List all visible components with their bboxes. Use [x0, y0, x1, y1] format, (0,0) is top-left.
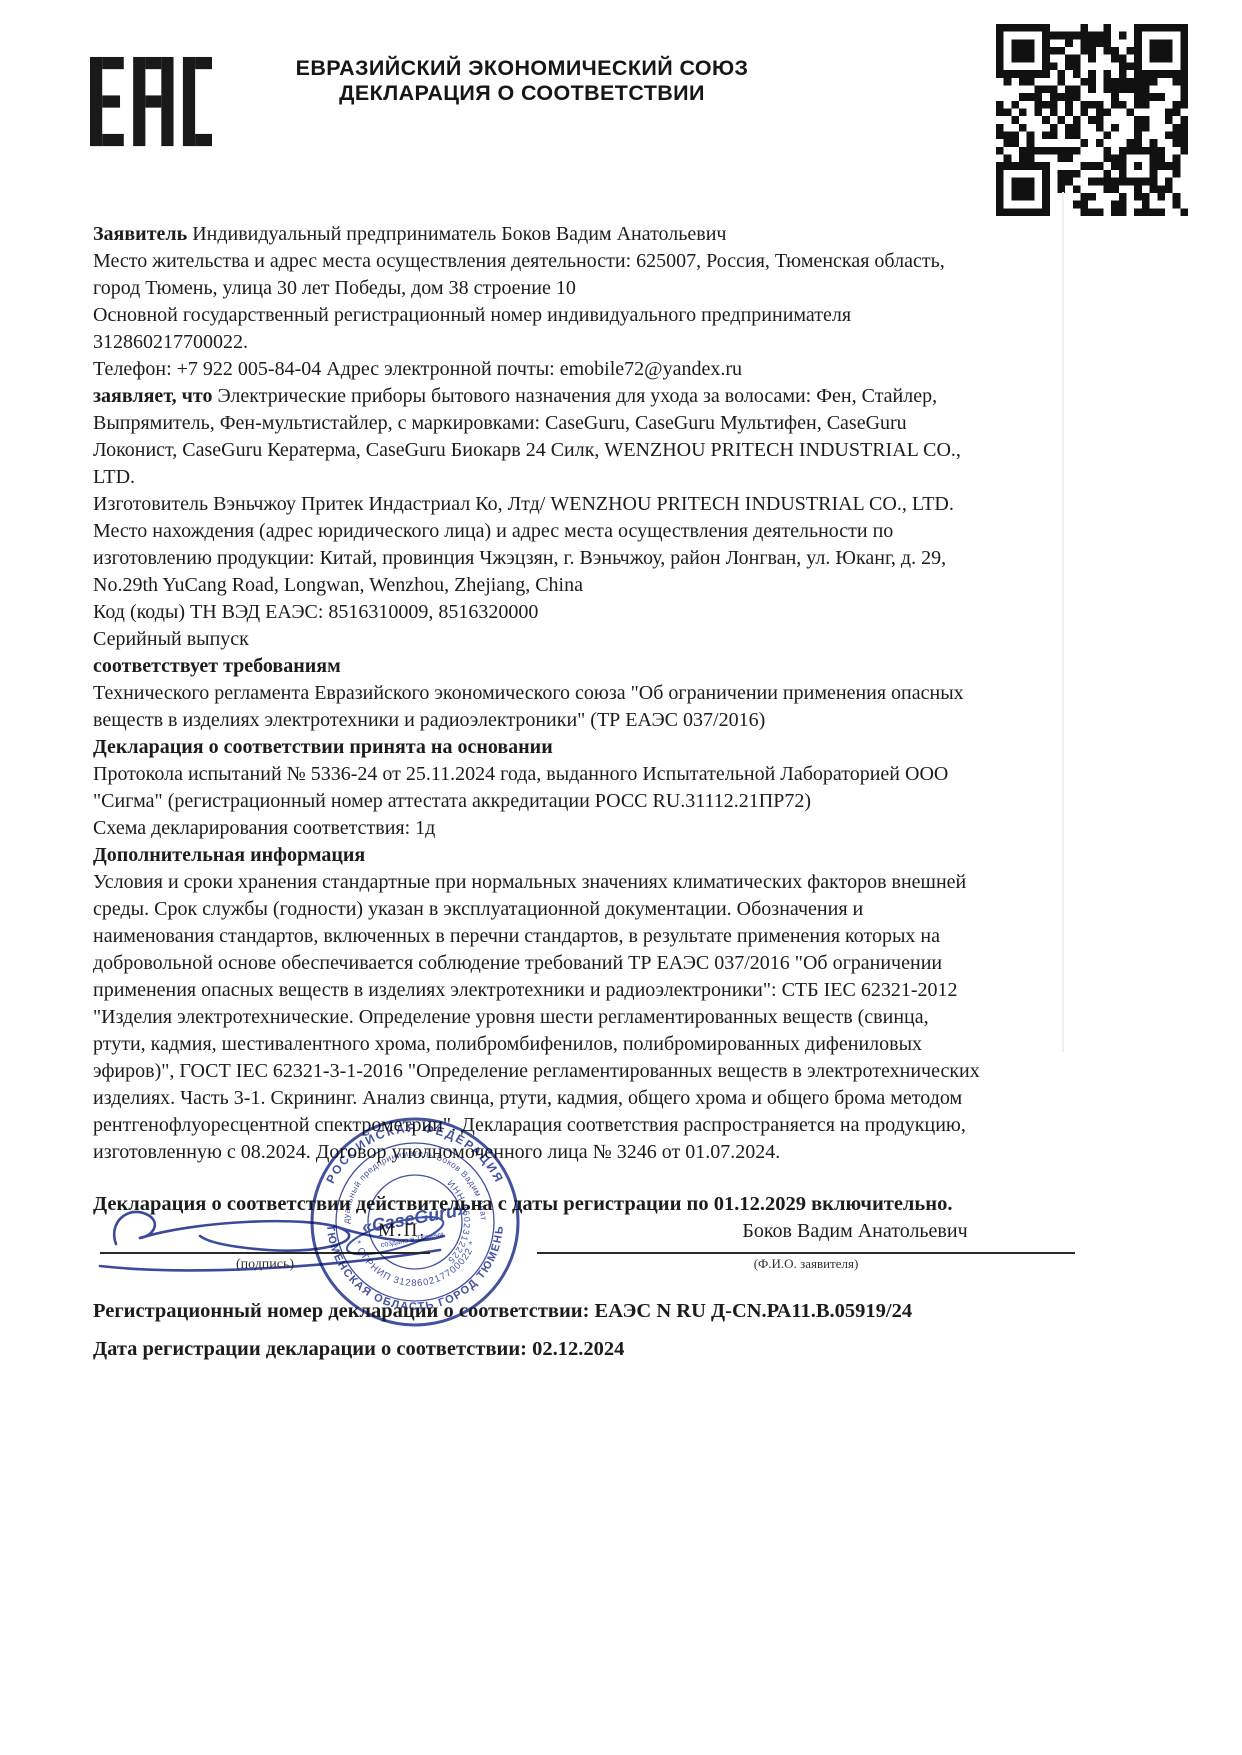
- text-line-segment: веществ в изделиях электротехники и ради…: [93, 709, 765, 731]
- text-line: Условия и сроки хранения стандартные при…: [93, 869, 1103, 896]
- text-line: среды. Срок службы (годности) указан в э…: [93, 896, 1103, 923]
- header-doc-title: ДЕКЛАРАЦИЯ О СООТВЕТСТВИИ: [250, 81, 794, 106]
- text-line-segment: город Тюмень, улица 30 лет Победы, дом 3…: [93, 277, 576, 299]
- text-line: Код (коды) ТН ВЭД ЕАЭС: 8516310009, 8516…: [93, 599, 1103, 626]
- text-line-segment: Схема декларирования соответствия: 1д: [93, 817, 435, 839]
- company-stamp: РОССИЙСКАЯ ФЕДЕРАЦИЯ ТЮМЕНСКАЯ ОБЛАСТЬ Г…: [305, 1112, 525, 1332]
- text-line-bold-segment: Заявитель: [93, 223, 187, 245]
- text-line: изготовленную с 08.2024. Договор уполном…: [93, 1139, 1103, 1166]
- text-line: добровольной основе обеспечивается соблю…: [93, 950, 1103, 977]
- text-line-segment: "Изделия электротехнические. Определение…: [93, 1006, 929, 1028]
- text-line-segment: Технического регламента Евразийского эко…: [93, 682, 964, 704]
- text-line: изделиях. Часть 3-1. Скрининг. Анализ св…: [93, 1085, 1103, 1112]
- text-line-segment: Серийный выпуск: [93, 628, 249, 650]
- applicant-name: Боков Вадим Анатольевич: [620, 1220, 1090, 1243]
- text-line-bold-segment: Декларация о соответствии принята на осн…: [93, 736, 553, 758]
- text-line-segment: LTD.: [93, 466, 135, 488]
- text-line: соответствует требованиям: [93, 653, 1103, 680]
- text-line: заявляет, что Электрические приборы быто…: [93, 383, 1103, 410]
- text-line-segment: Телефон: +7 922 005-84-04 Адрес электрон…: [93, 358, 742, 380]
- text-line: город Тюмень, улица 30 лет Победы, дом 3…: [93, 275, 1103, 302]
- text-line-segment: Электрические приборы бытового назначени…: [212, 385, 937, 407]
- text-line: Декларация о соответствии принята на осн…: [93, 734, 1103, 761]
- registration-number-line: Регистрационный номер декларации о соотв…: [93, 1300, 912, 1323]
- document-header: ЕВРАЗИЙСКИЙ ЭКОНОМИЧЕСКИЙ СОЮЗ ДЕКЛАРАЦИ…: [250, 56, 794, 106]
- text-line: Выпрямитель, Фен-мультистайлер, с маркир…: [93, 410, 1103, 437]
- text-line: Серийный выпуск: [93, 626, 1103, 653]
- text-line-segment: Индивидуальный предприниматель Боков Вад…: [187, 223, 726, 245]
- text-line: Локонист, CaseGuru Кератерма, CaseGuru Б…: [93, 437, 1103, 464]
- text-line-segment: ртути, кадмия, шестивалентного хрома, по…: [93, 1033, 922, 1055]
- text-line: 312860217700022.: [93, 329, 1103, 356]
- text-line-segment: No.29th YuCang Road, Longwan, Wenzhou, Z…: [93, 574, 583, 596]
- text-line: изготовлению продукции: Китай, провинция…: [93, 545, 1103, 572]
- text-line-segment: изделиях. Часть 3-1. Скрининг. Анализ св…: [93, 1087, 962, 1109]
- text-line: Дополнительная информация: [93, 842, 1103, 869]
- text-line-bold-segment: Дополнительная информация: [93, 844, 365, 866]
- header-union-title: ЕВРАЗИЙСКИЙ ЭКОНОМИЧЕСКИЙ СОЮЗ: [250, 56, 794, 81]
- text-line: ртути, кадмия, шестивалентного хрома, по…: [93, 1031, 1103, 1058]
- text-line-segment: изготовлению продукции: Китай, провинция…: [93, 547, 946, 569]
- text-line-segment: Место нахождения (адрес юридического лиц…: [93, 520, 893, 542]
- text-line: Технического регламента Евразийского эко…: [93, 680, 1103, 707]
- text-line-segment: Изготовитель Вэньчжоу Притек Индастриал …: [93, 493, 954, 515]
- text-line-segment: добровольной основе обеспечивается соблю…: [93, 952, 942, 974]
- text-line: Место нахождения (адрес юридического лиц…: [93, 518, 1103, 545]
- text-line: Изготовитель Вэньчжоу Притек Индастриал …: [93, 491, 1103, 518]
- text-line: Телефон: +7 922 005-84-04 Адрес электрон…: [93, 356, 1103, 383]
- text-line: "Сигма" (регистрационный номер аттестата…: [93, 788, 1103, 815]
- text-line: рентгенофлуоресцентной спектрометрии". Д…: [93, 1112, 1103, 1139]
- text-line: LTD.: [93, 464, 1103, 491]
- text-line-segment: Протокола испытаний № 5336-24 от 25.11.2…: [93, 763, 948, 785]
- text-line-segment: Код (коды) ТН ВЭД ЕАЭС: 8516310009, 8516…: [93, 601, 538, 623]
- qr-code: [996, 24, 1188, 216]
- text-line: наименования стандартов, включенных в пе…: [93, 923, 1103, 950]
- text-line-bold-segment: соответствует требованиям: [93, 655, 341, 677]
- text-line-segment: среды. Срок службы (годности) указан в э…: [93, 898, 863, 920]
- text-line-segment: 312860217700022.: [93, 331, 248, 353]
- text-line-segment: применения опасных веществ в изделиях эл…: [93, 979, 958, 1001]
- text-line-segment: наименования стандартов, включенных в пе…: [93, 925, 940, 947]
- text-line: Основной государственный регистрационный…: [93, 302, 1103, 329]
- text-line: Заявитель Индивидуальный предприниматель…: [93, 221, 1103, 248]
- applicant-name-line: [537, 1252, 1075, 1254]
- applicant-name-caption: (Ф.И.О. заявителя): [537, 1256, 1075, 1272]
- text-line: "Изделия электротехнические. Определение…: [93, 1004, 1103, 1031]
- text-line: Место жительства и адрес места осуществл…: [93, 248, 1103, 275]
- text-line-segment: Локонист, CaseGuru Кератерма, CaseGuru Б…: [93, 439, 961, 461]
- text-line-segment: рентгенофлуоресцентной спектрометрии". Д…: [93, 1114, 966, 1136]
- declaration-document: ЕВРАЗИЙСКИЙ ЭКОНОМИЧЕСКИЙ СОЮЗ ДЕКЛАРАЦИ…: [0, 0, 1242, 1755]
- text-line: эфиров)", ГОСТ IEC 62321-3-1-2016 "Опред…: [93, 1058, 1103, 1085]
- text-line-bold-segment: заявляет, что: [93, 385, 212, 407]
- text-line: Протокола испытаний № 5336-24 от 25.11.2…: [93, 761, 1103, 788]
- text-line-segment: эфиров)", ГОСТ IEC 62321-3-1-2016 "Опред…: [93, 1060, 980, 1082]
- text-line-segment: "Сигма" (регистрационный номер аттестата…: [93, 790, 811, 812]
- eac-logo: [90, 54, 212, 150]
- registration-date-line: Дата регистрации декларации о соответств…: [93, 1338, 624, 1361]
- text-line-segment: Основной государственный регистрационный…: [93, 304, 851, 326]
- text-line: применения опасных веществ в изделиях эл…: [93, 977, 1103, 1004]
- text-line: веществ в изделиях электротехники и ради…: [93, 707, 1103, 734]
- declaration-text: Заявитель Индивидуальный предприниматель…: [93, 221, 1103, 1166]
- text-line: No.29th YuCang Road, Longwan, Wenzhou, Z…: [93, 572, 1103, 599]
- text-line-segment: Условия и сроки хранения стандартные при…: [93, 871, 966, 893]
- text-line-segment: Выпрямитель, Фен-мультистайлер, с маркир…: [93, 412, 907, 434]
- text-line-segment: Место жительства и адрес места осуществл…: [93, 250, 945, 272]
- text-line: Схема декларирования соответствия: 1д: [93, 815, 1103, 842]
